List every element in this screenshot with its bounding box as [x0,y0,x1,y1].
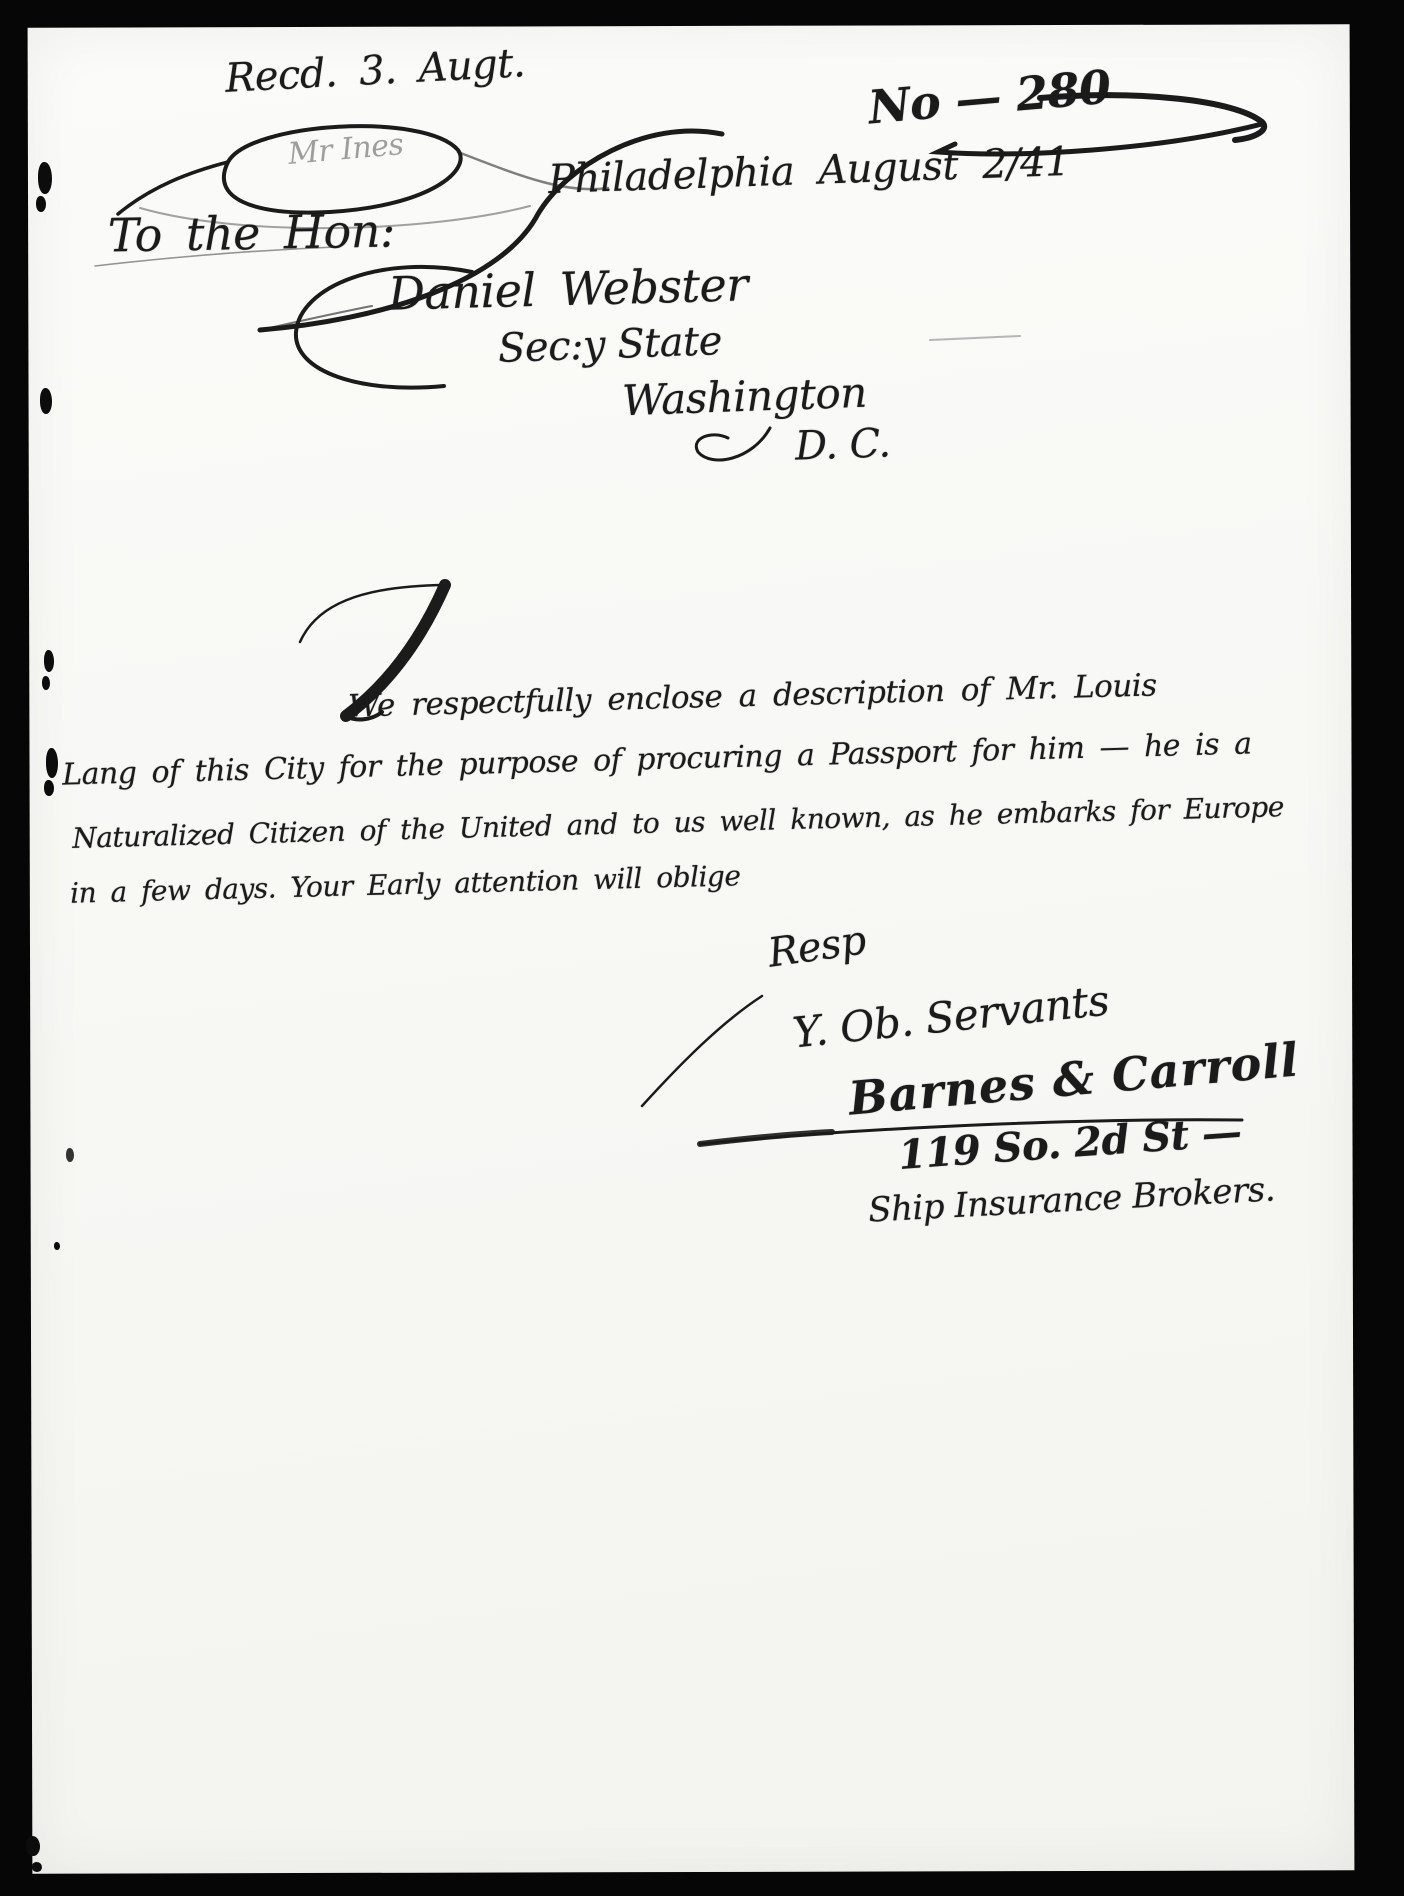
address-name: Daniel Webster [387,257,748,320]
ink-smudge [32,1862,42,1872]
ink-smudge [40,388,52,414]
address-district: D. C. [794,420,891,469]
ink-smudge [46,748,58,778]
ink-smudge [44,650,54,672]
ink-smudge [66,1148,74,1162]
address-city: Washington [621,368,867,426]
address-salutation: To the Hon: [108,204,396,263]
ink-smudge [26,1836,40,1856]
ink-smudge [38,162,52,194]
ink-smudge [36,196,46,212]
address-title: Sec:y State [497,318,722,372]
ink-smudge [54,1242,60,1250]
ink-smudge [42,676,50,690]
ink-smudge [44,780,54,796]
scanned-letter-page: { "colors": { "ink": "#1b1b1b", "pencil"… [0,0,1404,1896]
